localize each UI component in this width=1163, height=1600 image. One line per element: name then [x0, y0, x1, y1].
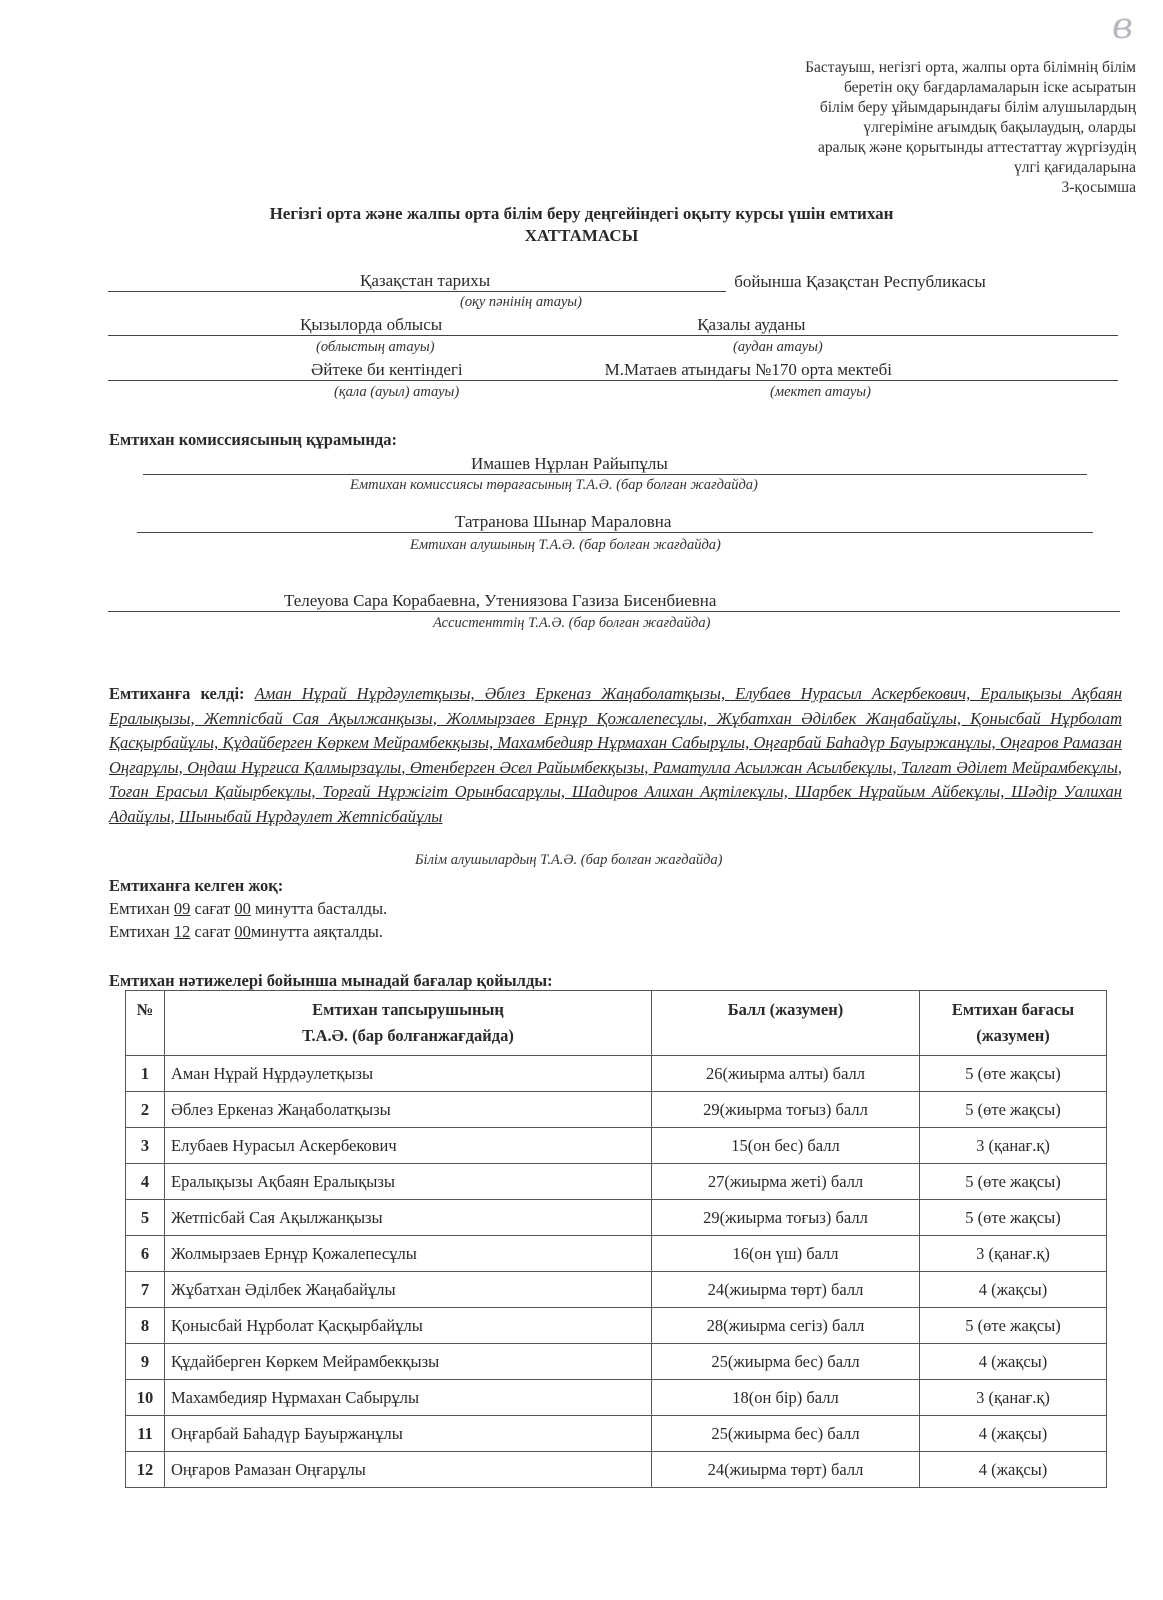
score-cell: 25(жиырма бес) балл — [652, 1344, 920, 1380]
results-body: 1Аман Нұрай Нұрдәулетқызы26(жиырма алты)… — [126, 1056, 1107, 1488]
score-cell: 25(жиырма бес) балл — [652, 1416, 920, 1452]
row-number: 5 — [126, 1200, 165, 1236]
blank-line — [137, 512, 455, 533]
student-name: Оңғарбай Баһадүр Бауыржанұлы — [165, 1416, 652, 1452]
appendix-note: Бастауыш, негізгі орта, жалпы орта білім… — [676, 58, 1136, 198]
attended-names: Аман Нұрай Нұрдәулетқызы, Әблез Еркеназ … — [109, 684, 1122, 826]
end-suffix: минутта аяқталды. — [251, 922, 383, 941]
appendix-note-line: үлгеріміне ағымдық бақылаудың, оларды — [676, 118, 1136, 138]
appendix-note-line: үлгі қағидаларына — [676, 158, 1136, 178]
start-minute: 00 — [234, 899, 251, 918]
examiner-caption: Емтихан алушының Т.А.Ә. (бар болған жағд… — [410, 537, 721, 554]
student-name: Құдайберген Көркем Мейрамбекқызы — [165, 1344, 652, 1380]
attended-students: Емтиханға келді: Аман Нұрай Нұрдәулетқыз… — [109, 682, 1122, 829]
row-number: 11 — [126, 1416, 165, 1452]
end-minute: 00 — [234, 922, 251, 941]
blank-line — [108, 315, 300, 336]
document-title: Негізгі орта және жалпы орта білім беру … — [0, 204, 1163, 224]
document-title-protocol: ХАТТАМАСЫ — [0, 226, 1163, 246]
grade-cell: 5 (өте жақсы) — [920, 1308, 1107, 1344]
appendix-note-line: Бастауыш, негізгі орта, жалпы орта білім… — [676, 58, 1136, 78]
blank-line — [671, 512, 1093, 533]
chair-row: Имашев Нұрлан Райыпұлы — [143, 451, 1087, 475]
assistants-row: Телеуова Сара Корабаевна, Утениязова Газ… — [108, 588, 1120, 612]
score-cell: 15(он бес) балл — [652, 1128, 920, 1164]
table-row: 1Аман Нұрай Нұрдәулетқызы26(жиырма алты)… — [126, 1056, 1107, 1092]
start-hour: 09 — [174, 899, 191, 918]
examiner-field: Татранова Шынар Мараловна — [455, 512, 671, 533]
score-cell: 28(жиырма сегіз) балл — [652, 1308, 920, 1344]
end-mid: сағат — [190, 922, 234, 941]
col-name-line2: Т.А.Ә. (бар болғанжағдайда) — [169, 1023, 647, 1049]
examiner-row: Татранова Шынар Мараловна — [137, 509, 1093, 533]
appendix-note-line: аралық және қорытынды аттестаттау жүргіз… — [676, 138, 1136, 158]
results-table: № Емтихан тапсырушының Т.А.Ә. (бар болға… — [125, 990, 1107, 1488]
attended-caption: Білім алушылардың Т.А.Ә. (бар болған жағ… — [415, 852, 723, 869]
subject-row: Қазақстан тарихы бойынша Қазақстан Респу… — [108, 268, 1078, 292]
grade-cell: 5 (өте жақсы) — [920, 1092, 1107, 1128]
col-score: Балл (жазумен) — [652, 991, 920, 1056]
table-row: 5Жетпісбай Сая Ақылжанқызы29(жиырма тоғы… — [126, 1200, 1107, 1236]
student-name: Оңғаров Рамазан Оңғарұлы — [165, 1452, 652, 1488]
score-cell: 27(жиырма жеті) балл — [652, 1164, 920, 1200]
grade-cell: 4 (жақсы) — [920, 1452, 1107, 1488]
student-name: Елубаев Нурасыл Аскербекович — [165, 1128, 652, 1164]
chair-field: Имашев Нұрлан Райыпұлы — [471, 454, 668, 475]
settlement-school-row: Әйтеке би кентіндегі М.Матаев атындағы №… — [108, 357, 1118, 381]
grade-cell: 4 (жақсы) — [920, 1344, 1107, 1380]
score-cell: 29(жиырма тоғыз) балл — [652, 1092, 920, 1128]
blank-line — [108, 271, 360, 292]
score-cell: 24(жиырма төрт) балл — [652, 1452, 920, 1488]
col-grade-line1: Емтихан бағасы — [924, 997, 1102, 1023]
grade-cell: 3 (қанағ.қ) — [920, 1380, 1107, 1416]
grade-cell: 3 (қанағ.қ) — [920, 1236, 1107, 1272]
student-name: Аман Нұрай Нұрдәулетқызы — [165, 1056, 652, 1092]
attended-label: Емтиханға келді: — [109, 684, 245, 703]
start-mid: сағат — [190, 899, 234, 918]
student-name: Әблез Еркеназ Жаңаболатқызы — [165, 1092, 652, 1128]
grade-cell: 5 (өте жақсы) — [920, 1056, 1107, 1092]
score-cell: 18(он бір) балл — [652, 1380, 920, 1416]
row-number: 7 — [126, 1272, 165, 1308]
grade-cell: 4 (жақсы) — [920, 1272, 1107, 1308]
table-row: 2Әблез Еркеназ Жаңаболатқызы29(жиырма то… — [126, 1092, 1107, 1128]
commission-heading: Емтихан комиссиясының құрамында: — [109, 430, 397, 450]
settlement-field: Әйтеке би кентіндегі — [311, 360, 463, 381]
row-number: 2 — [126, 1092, 165, 1128]
table-row: 11Оңғарбай Баһадүр Бауыржанұлы25(жиырма … — [126, 1416, 1107, 1452]
end-prefix: Емтихан — [109, 922, 174, 941]
row-number: 8 — [126, 1308, 165, 1344]
row-number: 4 — [126, 1164, 165, 1200]
start-suffix: минутта басталды. — [251, 899, 387, 918]
score-cell: 26(жиырма алты) балл — [652, 1056, 920, 1092]
exam-start-time: Емтихан 09 сағат 00 минутта басталды. — [109, 899, 387, 919]
student-name: Жұбатхан Әділбек Жаңабайұлы — [165, 1272, 652, 1308]
table-row: 8Қонысбай Нұрболат Қасқырбайұлы28(жиырма… — [126, 1308, 1107, 1344]
blank-line — [805, 315, 1118, 336]
appendix-note-line: білім беру ұйымдарындағы білім алушылард… — [676, 98, 1136, 118]
subject-suffix: бойынша Қазақстан Республикасы — [726, 272, 986, 292]
grade-cell: 5 (өте жақсы) — [920, 1164, 1107, 1200]
region-district-row: Қызылорда облысы Қазалы ауданы — [108, 312, 1118, 336]
col-name-line1: Емтихан тапсырушының — [169, 997, 647, 1023]
col-number: № — [126, 991, 165, 1056]
blank-line — [668, 454, 1087, 475]
col-name: Емтихан тапсырушының Т.А.Ә. (бар болғанж… — [165, 991, 652, 1056]
subject-caption: (оқу пәнінің атауы) — [460, 294, 582, 311]
row-number: 9 — [126, 1344, 165, 1380]
region-caption: (облыстың атауы) — [316, 339, 435, 356]
table-row: 12Оңғаров Рамазан Оңғарұлы24(жиырма төрт… — [126, 1452, 1107, 1488]
student-name: Жолмырзаев Ернұр Қожалепесұлы — [165, 1236, 652, 1272]
blank-line — [892, 360, 1118, 381]
settlement-caption: (қала (ауыл) атауы) — [334, 384, 459, 401]
row-number: 6 — [126, 1236, 165, 1272]
blank-line — [108, 360, 311, 381]
assistants-field: Телеуова Сара Корабаевна, Утениязова Газ… — [284, 591, 716, 612]
absent-label: Емтиханға келген жоқ: — [109, 876, 283, 896]
region-field: Қызылорда облысы — [300, 315, 442, 336]
student-name: Жетпісбай Сая Ақылжанқызы — [165, 1200, 652, 1236]
col-grade-line2: (жазумен) — [924, 1023, 1102, 1049]
appendix-number: 3-қосымша — [676, 178, 1136, 198]
student-name: Махамбедияр Нұрмахан Сабырұлы — [165, 1380, 652, 1416]
score-cell: 24(жиырма төрт) балл — [652, 1272, 920, 1308]
blank-line — [143, 454, 471, 475]
assistants-caption: Ассистенттің Т.А.Ә. (бар болған жағдайда… — [433, 615, 710, 632]
blank-line — [716, 591, 1120, 612]
table-row: 7Жұбатхан Әділбек Жаңабайұлы24(жиырма тө… — [126, 1272, 1107, 1308]
row-number: 12 — [126, 1452, 165, 1488]
score-cell: 29(жиырма тоғыз) балл — [652, 1200, 920, 1236]
school-caption: (мектеп атауы) — [770, 384, 871, 401]
grade-cell: 3 (қанағ.қ) — [920, 1128, 1107, 1164]
exam-end-time: Емтихан 12 сағат 00минутта аяқталды. — [109, 922, 383, 942]
appendix-note-line: беретін оқу бағдарламаларын іске асыраты… — [676, 78, 1136, 98]
col-grade: Емтихан бағасы (жазумен) — [920, 991, 1107, 1056]
grade-cell: 5 (өте жақсы) — [920, 1200, 1107, 1236]
handwritten-page-mark: в — [1112, 6, 1133, 47]
district-caption: (аудан атауы) — [733, 339, 823, 356]
student-name: Қонысбай Нұрболат Қасқырбайұлы — [165, 1308, 652, 1344]
subject-field: Қазақстан тарихы — [360, 271, 490, 292]
results-header-row: № Емтихан тапсырушының Т.А.Ә. (бар болға… — [126, 991, 1107, 1056]
blank-line — [490, 271, 726, 292]
district-field: Қазалы ауданы — [697, 315, 805, 336]
table-row: 6Жолмырзаев Ернұр Қожалепесұлы16(он үш) … — [126, 1236, 1107, 1272]
blank-line — [463, 360, 605, 381]
row-number: 1 — [126, 1056, 165, 1092]
score-cell: 16(он үш) балл — [652, 1236, 920, 1272]
student-name: Ералықызы Ақбаян Ералықызы — [165, 1164, 652, 1200]
end-hour: 12 — [174, 922, 191, 941]
blank-line — [108, 591, 284, 612]
table-row: 9Құдайберген Көркем Мейрамбекқызы25(жиыр… — [126, 1344, 1107, 1380]
start-prefix: Емтихан — [109, 899, 174, 918]
blank-line — [442, 315, 697, 336]
school-field: М.Матаев атындағы №170 орта мектебі — [605, 360, 892, 381]
row-number: 10 — [126, 1380, 165, 1416]
grade-cell: 4 (жақсы) — [920, 1416, 1107, 1452]
row-number: 3 — [126, 1128, 165, 1164]
chair-caption: Емтихан комиссиясы төрағасының Т.А.Ә. (б… — [350, 477, 758, 494]
table-row: 4Ералықызы Ақбаян Ералықызы27(жиырма жет… — [126, 1164, 1107, 1200]
table-row: 10Махамбедияр Нұрмахан Сабырұлы18(он бір… — [126, 1380, 1107, 1416]
table-row: 3Елубаев Нурасыл Аскербекович15(он бес) … — [126, 1128, 1107, 1164]
results-heading: Емтихан нәтижелері бойынша мынадай бағал… — [109, 971, 553, 991]
